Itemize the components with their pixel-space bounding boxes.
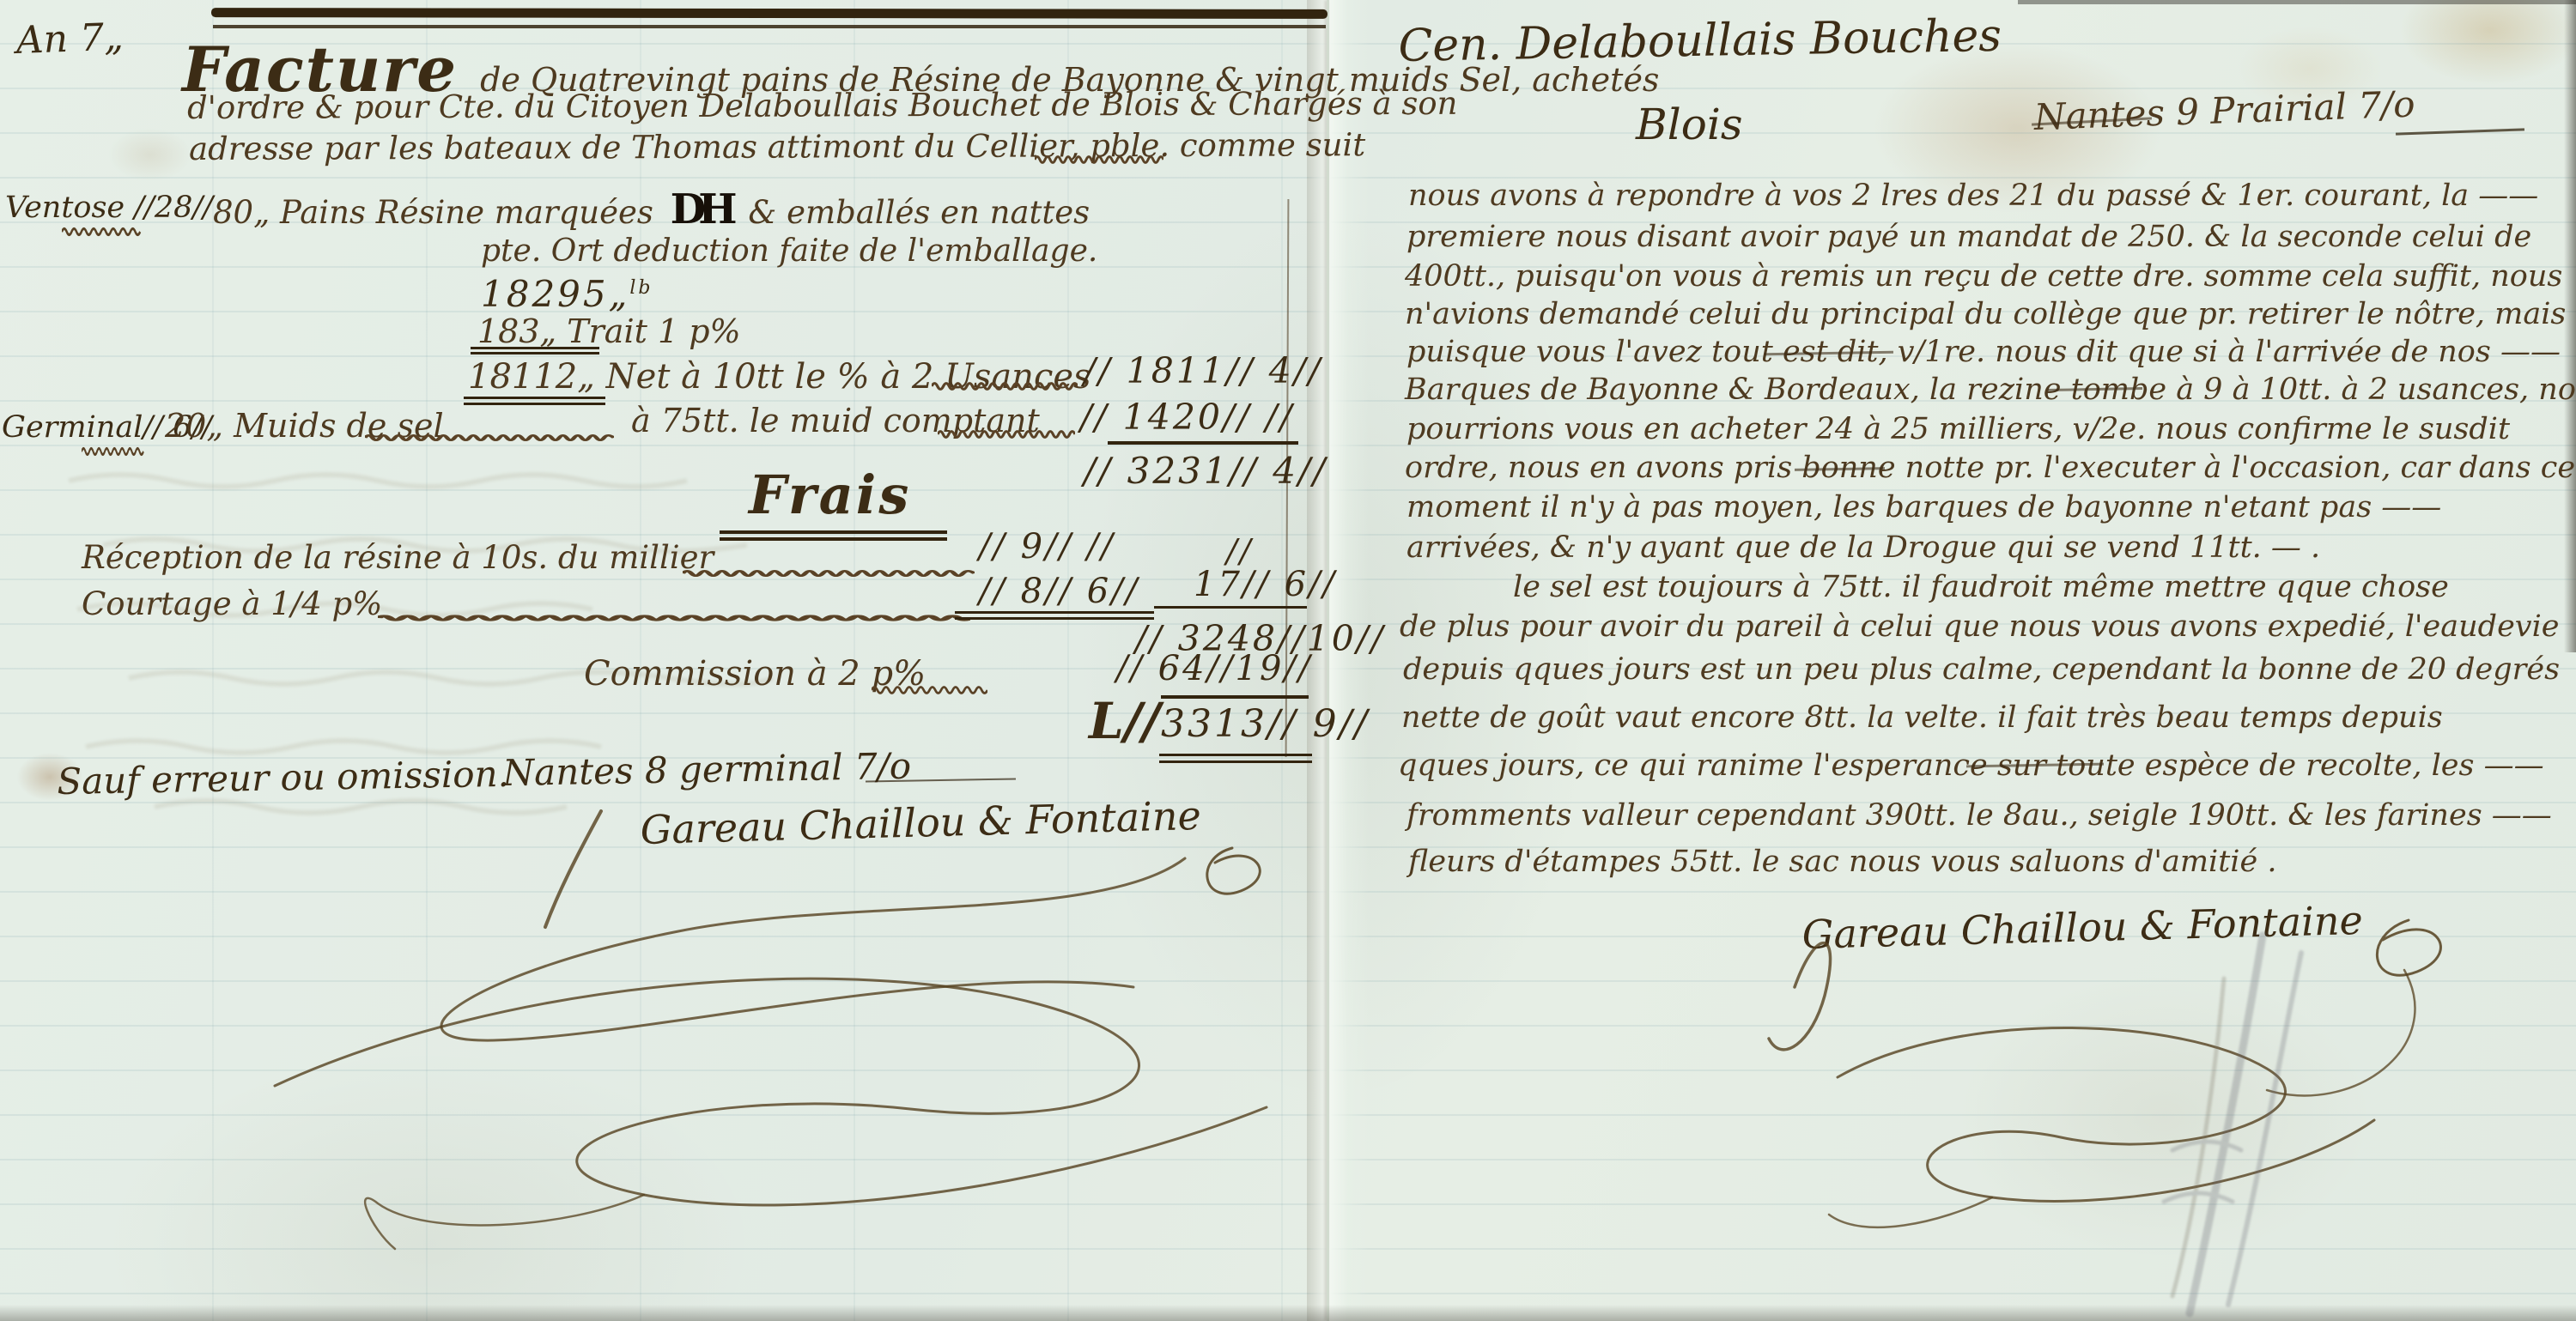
top-thin-rule — [213, 25, 1326, 28]
frais-title: Frais — [749, 464, 911, 526]
entry2-amount: // 1420// // — [1080, 397, 1294, 438]
frais-amount2: // 8// 6// — [979, 572, 1139, 611]
frais-col1-rule-a — [955, 611, 1154, 614]
filler-squiggle — [932, 379, 1078, 391]
entry1-line: 80„ Pains Résine marquées DH & emballés … — [213, 185, 1090, 233]
letter-line-3: 400tt., puisqu'on vous à remis un reçu d… — [1405, 259, 2562, 294]
addressee-line: Cen. Delaboullais Bouches — [1398, 10, 2002, 72]
manuscript-scan: An 7„ Facture de Quatrevingt pains de Ré… — [0, 0, 2576, 1321]
entry1-deduction-line: pte. Ort deduction faite de l'emballage. — [481, 233, 1097, 269]
merchant-mark: DH — [671, 185, 730, 233]
frais-line1: Réception de la résine à 10s. du millier — [82, 539, 714, 576]
frais-col2-rule — [1154, 606, 1307, 609]
letter-line-6: Barques de Bayonne & Bordeaux, la rezine… — [1405, 373, 2576, 407]
weight-unit: lb — [629, 277, 653, 299]
date-trailing-dash-right — [2396, 128, 2524, 135]
letter-line-17: fleurs d'étampes 55tt. le sac nous vous … — [1408, 845, 2276, 879]
letter-line-16: fromments valleur cependant 390tt. le 8a… — [1406, 798, 2552, 833]
grand-total-currency: L// — [1089, 692, 1160, 750]
frais-amount1: // 9// // — [979, 527, 1115, 567]
margin-squiggle — [82, 445, 146, 457]
filler-squiggle — [872, 683, 987, 695]
right-signature-flourish — [1735, 893, 2524, 1270]
filler-squiggle — [1035, 153, 1163, 165]
year-label: An 7„ — [15, 15, 125, 63]
letter-line-12: de plus pour avoir du pareil à celui que… — [1400, 609, 2559, 644]
left-signature-flourish — [197, 824, 1331, 1270]
filler-squiggle — [365, 431, 614, 443]
letter-line-7: pourrions vous en acheter 24 à 25 millie… — [1406, 412, 2510, 446]
letter-line-4: n'avions demandé celui du principal du c… — [1405, 297, 2566, 331]
commission-amount: // 64//19// — [1116, 649, 1312, 688]
tare-rule-a — [471, 347, 599, 349]
left-place-date: Nantes 8 germinal 7/o — [502, 745, 911, 794]
frais-line2: Courtage à 1/4 p% — [82, 585, 382, 622]
grand-total-rule — [1161, 695, 1309, 699]
letter-line-2: premiere nous disant avoir payé un manda… — [1406, 220, 2531, 254]
facture-title-line2: d'ordre & pour Cte. du Citoyen Delaboull… — [187, 85, 1457, 126]
entry1-margin-date: Ventose //28// — [5, 191, 213, 225]
top-heavy-rule — [211, 8, 1327, 19]
frais-col1-rule-b — [955, 617, 1154, 620]
facture-title-line3: adresse par les bateaux de Thomas attimo… — [189, 126, 1365, 167]
net-rule-b — [464, 403, 605, 405]
weight-gross: 18295„lb — [481, 273, 653, 315]
letter-line-8: ordre, nous en avons pris bonne notte pr… — [1405, 451, 2575, 485]
filler-squiggle — [378, 611, 970, 623]
net-rule-a — [464, 397, 605, 399]
filler-squiggle — [938, 427, 1075, 439]
frais-underline-a — [720, 530, 947, 534]
entry1-text-post: & emballés en nattes — [748, 194, 1090, 231]
closing-line: Sauf erreur ou omission. — [57, 753, 509, 803]
frais-subtotal: 17// 6// — [1194, 565, 1337, 604]
addressee-city: Blois — [1636, 100, 1743, 149]
letter-line-9: moment il n'y à pas moyen, les barques d… — [1406, 490, 2441, 524]
scan-edge-bottom — [0, 1305, 2576, 1321]
entry1-amount: // 1811// 4// — [1084, 350, 1322, 391]
letter-line-5: puisque vous l'avez tout est dit, v/1re.… — [1406, 335, 2561, 369]
filler-squiggle — [683, 567, 975, 579]
tare-line: 183„ Trait 1 p% — [477, 312, 741, 350]
margin-squiggle — [62, 225, 143, 237]
entry1-text-pre: 80„ Pains Résine marquées — [213, 194, 653, 231]
tare-rule-b — [471, 352, 599, 354]
scan-edge-top — [2018, 0, 2576, 4]
letter-line-10: arrivées, & n'y ayant que de la Drogue q… — [1406, 530, 2320, 565]
subtotal-rule — [1108, 441, 1298, 445]
letter-line-11: le sel est toujours à 75tt. il faudroit … — [1513, 570, 2449, 604]
grand-total: 3313// 9// — [1161, 702, 1370, 746]
grand-total-close-b — [1159, 760, 1312, 763]
subtotal: // 3231// 4// — [1084, 450, 1327, 492]
right-place-date: Nantes 9 Prairial 7/o — [2033, 83, 2415, 138]
grand-total-close-a — [1159, 754, 1312, 756]
letter-line-13: depuis qques jours est un peu plus calme… — [1403, 652, 2560, 687]
frais-underline-b — [720, 537, 947, 541]
letter-line-14: nette de goût vaut encore 8tt. la velte.… — [1401, 700, 2443, 735]
letter-line-1: nous avons à repondre à vos 2 lres des 2… — [1408, 179, 2538, 213]
